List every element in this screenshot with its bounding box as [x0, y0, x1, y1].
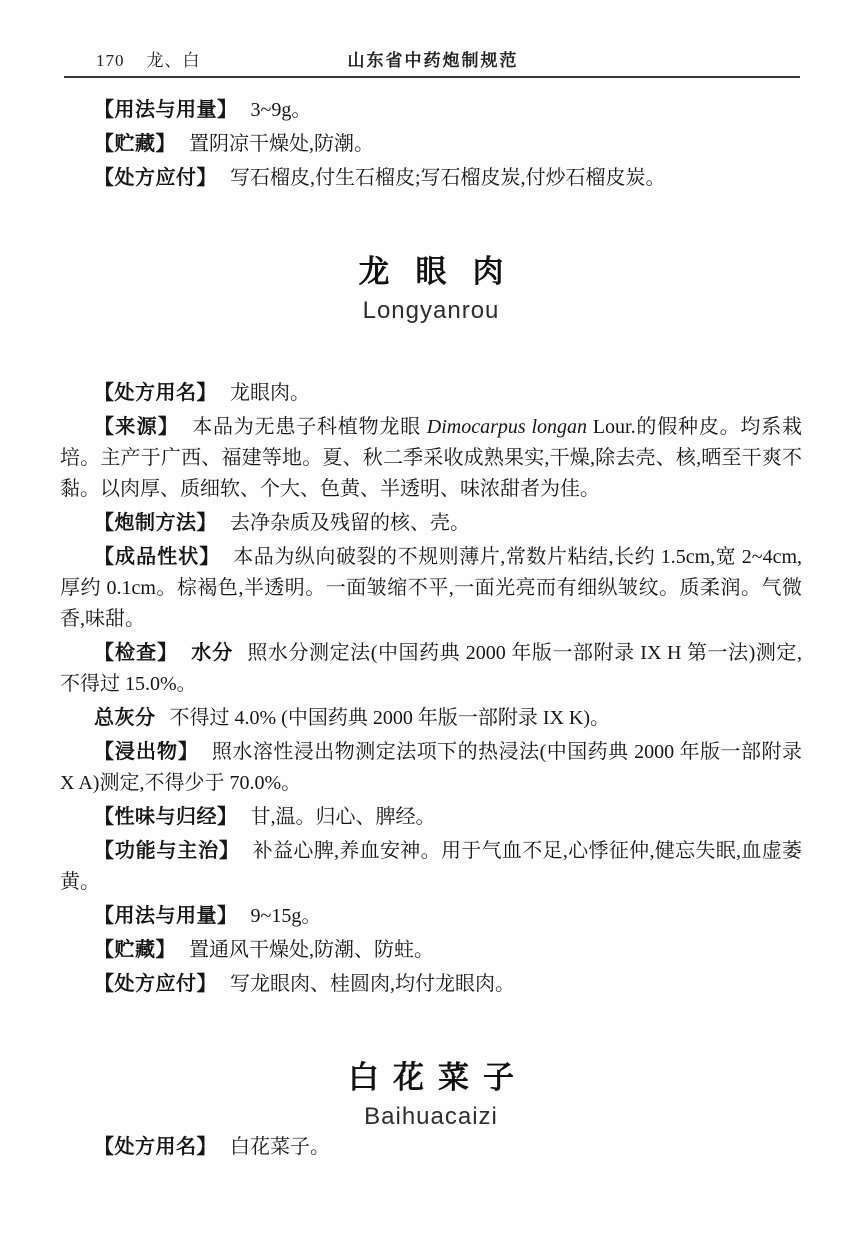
para-taste-meridian: 【性味与归经】甘,温。归心、脾经。: [60, 802, 802, 833]
field-text: 本品为无患子科植物龙眼: [192, 416, 427, 438]
field-text: 去净杂质及残留的核、壳。: [230, 512, 470, 534]
para-dispensing-prev: 【处方应付】写石榴皮,付生石榴皮;写石榴皮炭,付炒石榴皮炭。: [60, 163, 802, 194]
para-extract: 【浸出物】照水溶性浸出物测定法项下的热浸法(中国药典 2000 年版一部附录 X…: [60, 737, 802, 799]
monograph-title-longyanrou: 龙眼肉 Longyanrou: [60, 256, 802, 326]
field-text: 写龙眼肉、桂圆肉,均付龙眼肉。: [230, 973, 515, 995]
para-product-character: 【成品性状】本品为纵向破裂的不规则薄片,常数片粘结,长约 1.5cm,宽 2~4…: [60, 542, 802, 635]
field-text: 置阴凉干燥处,防潮。: [189, 133, 374, 155]
field-text: 龙眼肉。: [230, 382, 310, 404]
spacer: [60, 326, 802, 378]
field-text: 甘,温。归心、脾经。: [251, 806, 436, 828]
field-label: 【用法与用量】: [94, 905, 238, 927]
latin-binomial: Dimocarpus longan: [427, 416, 587, 438]
para-source: 【来源】本品为无患子科植物龙眼 Dimocarpus longan Lour.的…: [60, 412, 802, 505]
para-prescription-name: 【处方用名】龙眼肉。: [60, 378, 802, 409]
field-label: 【贮藏】: [94, 133, 176, 155]
header-rule: [64, 76, 800, 78]
scanned-book-page: 170龙、白 山东省中药炮制规范 【用法与用量】3~9g。 【贮藏】置阴凉干燥处…: [0, 0, 856, 1239]
field-label: 【检查】: [94, 642, 178, 664]
field-label: 【成品性状】: [94, 546, 220, 568]
field-text: 写石榴皮,付生石榴皮;写石榴皮炭,付炒石榴皮炭。: [230, 167, 666, 189]
para-storage: 【贮藏】置通风干燥处,防潮、防蛀。: [60, 935, 802, 966]
field-text: 9~15g。: [251, 905, 322, 927]
para-prescription-name-baihuacaizi: 【处方用名】白花菜子。: [60, 1132, 802, 1163]
field-text: 3~9g。: [251, 99, 312, 121]
sub-field-label: 水分: [191, 642, 233, 664]
field-label: 【来源】: [94, 416, 179, 438]
monograph-title-zh: 白花菜子: [60, 1062, 802, 1093]
para-storage-prev: 【贮藏】置阴凉干燥处,防潮。: [60, 129, 802, 160]
para-total-ash: 总灰分不得过 4.0% (中国药典 2000 年版一部附录 IX K)。: [60, 703, 802, 734]
field-label: 【性味与归经】: [94, 806, 238, 828]
para-dosage-prev: 【用法与用量】3~9g。: [60, 95, 802, 126]
para-function-indication: 【功能与主治】补益心脾,养血安神。用于气血不足,心悸征仲,健忘失眠,血虚萎黄。: [60, 836, 802, 898]
page-header: 170龙、白 山东省中药炮制规范: [66, 46, 800, 70]
page-body: 【用法与用量】3~9g。 【贮藏】置阴凉干燥处,防潮。 【处方应付】写石榴皮,付…: [60, 95, 802, 1166]
field-text: 不得过 4.0% (中国药典 2000 年版一部附录 IX K)。: [170, 707, 611, 729]
monograph-title-pinyin: Baihuacaizi: [60, 1101, 802, 1132]
monograph-title-zh: 龙眼肉: [60, 256, 802, 287]
para-inspection-moisture: 【检查】水分照水分测定法(中国药典 2000 年版一部附录 IX H 第一法)测…: [60, 638, 802, 700]
para-dosage: 【用法与用量】9~15g。: [60, 901, 802, 932]
field-label: 【贮藏】: [94, 939, 176, 961]
para-processing: 【炮制方法】去净杂质及残留的核、壳。: [60, 508, 802, 539]
field-label: 【浸出物】: [94, 741, 199, 763]
monograph-title-baihuacaizi: 白花菜子 Baihuacaizi: [60, 1062, 802, 1132]
field-label: 【处方应付】: [94, 973, 217, 995]
field-label: 【处方用名】: [94, 1136, 217, 1158]
field-text: 白花菜子。: [230, 1136, 330, 1158]
para-dispensing: 【处方应付】写龙眼肉、桂圆肉,均付龙眼肉。: [60, 969, 802, 1000]
sub-field-label: 总灰分: [94, 707, 156, 729]
field-label: 【处方用名】: [94, 382, 217, 404]
field-label: 【处方应付】: [94, 167, 217, 189]
monograph-title-pinyin: Longyanrou: [60, 295, 802, 326]
field-label: 【用法与用量】: [94, 99, 238, 121]
field-label: 【炮制方法】: [94, 512, 217, 534]
field-label: 【功能与主治】: [94, 840, 240, 862]
field-text: 置通风干燥处,防潮、防蛀。: [189, 939, 434, 961]
book-title: 山东省中药炮制规范: [66, 46, 800, 71]
